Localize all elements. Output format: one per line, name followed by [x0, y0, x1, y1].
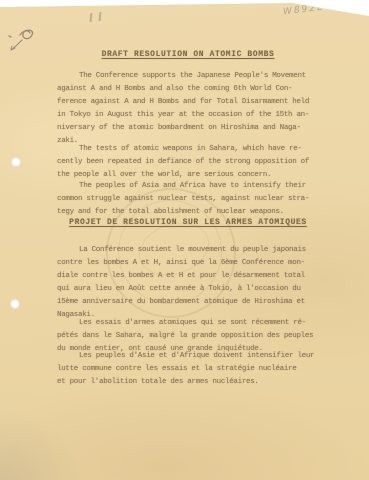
punch-hole-bottom [10, 299, 20, 309]
text-line: ference against A and H Bombs and for To… [57, 96, 325, 109]
document-title-french: PROJET DE RESOLUTION SUR LES ARMES ATOMI… [57, 218, 319, 227]
archival-code-handwriting: W892L [283, 3, 325, 18]
english-paragraph-3: The peoples of Asia and Africa have to i… [57, 180, 325, 219]
text-line: The tests of atomic weapons in Sahara, w… [57, 143, 325, 156]
text-line: Les peuples d'Asie et d'Afrique doivent … [57, 350, 325, 363]
text-line: common struggle against nuclear tests, a… [57, 193, 325, 206]
text-line: La Conférence soutient le mouvement du p… [57, 244, 325, 257]
document-title-english: DRAFT RESOLUTION ON ATOMIC BOMBS [57, 50, 319, 59]
english-paragraph-1: The Conference supports the Japanese Peo… [57, 70, 325, 148]
text-line: contre les bombes A et H, ainsi que la 6… [57, 257, 325, 270]
scanned-document-page: { "annotations": { "archival_code": "W89… [0, 0, 369, 480]
punch-hole-top [11, 157, 21, 167]
text-line: cently been repeated in defiance of the … [57, 156, 325, 169]
text-line: pétés dans le Sahara, malgré la grande o… [57, 330, 325, 343]
french-paragraph-1: La Conférence soutient le mouvement du p… [57, 244, 325, 322]
pencil-tick-mark [99, 12, 101, 21]
english-paragraph-2: The tests of atomic weapons in Sahara, w… [57, 143, 325, 182]
text-line: 15ème anniversaire du bombardement atomi… [57, 296, 325, 309]
text-line: et pour l'abolition totale des armes nuc… [57, 376, 325, 389]
text-line: The peoples of Asia and Africa have to i… [57, 180, 325, 193]
text-line: qui aura lieu en Août cette année à Toki… [57, 283, 325, 296]
text-line: in Tokyo in August this year at the occa… [57, 109, 325, 122]
text-line: diale contre les bombes A et H et pour l… [57, 270, 325, 283]
text-line: lutte commune contre les essais et la st… [57, 363, 325, 376]
pencil-tick-mark [90, 13, 92, 22]
text-line: The Conference supports the Japanese Peo… [57, 70, 325, 83]
text-line: Les essais d'armes atomiques qui se sont… [57, 317, 325, 330]
text-line: against A and H Bombs and also the comin… [57, 83, 325, 96]
french-paragraph-3: Les peuples d'Asie et d'Afrique doivent … [57, 350, 325, 389]
paper-sheet: W892L DRAFT RESOLUTION ON ATOMIC BOMBS T… [0, 0, 369, 480]
pencil-scribble-mark [6, 20, 50, 54]
text-line: niversary of the atomic bombardment on H… [57, 122, 325, 135]
